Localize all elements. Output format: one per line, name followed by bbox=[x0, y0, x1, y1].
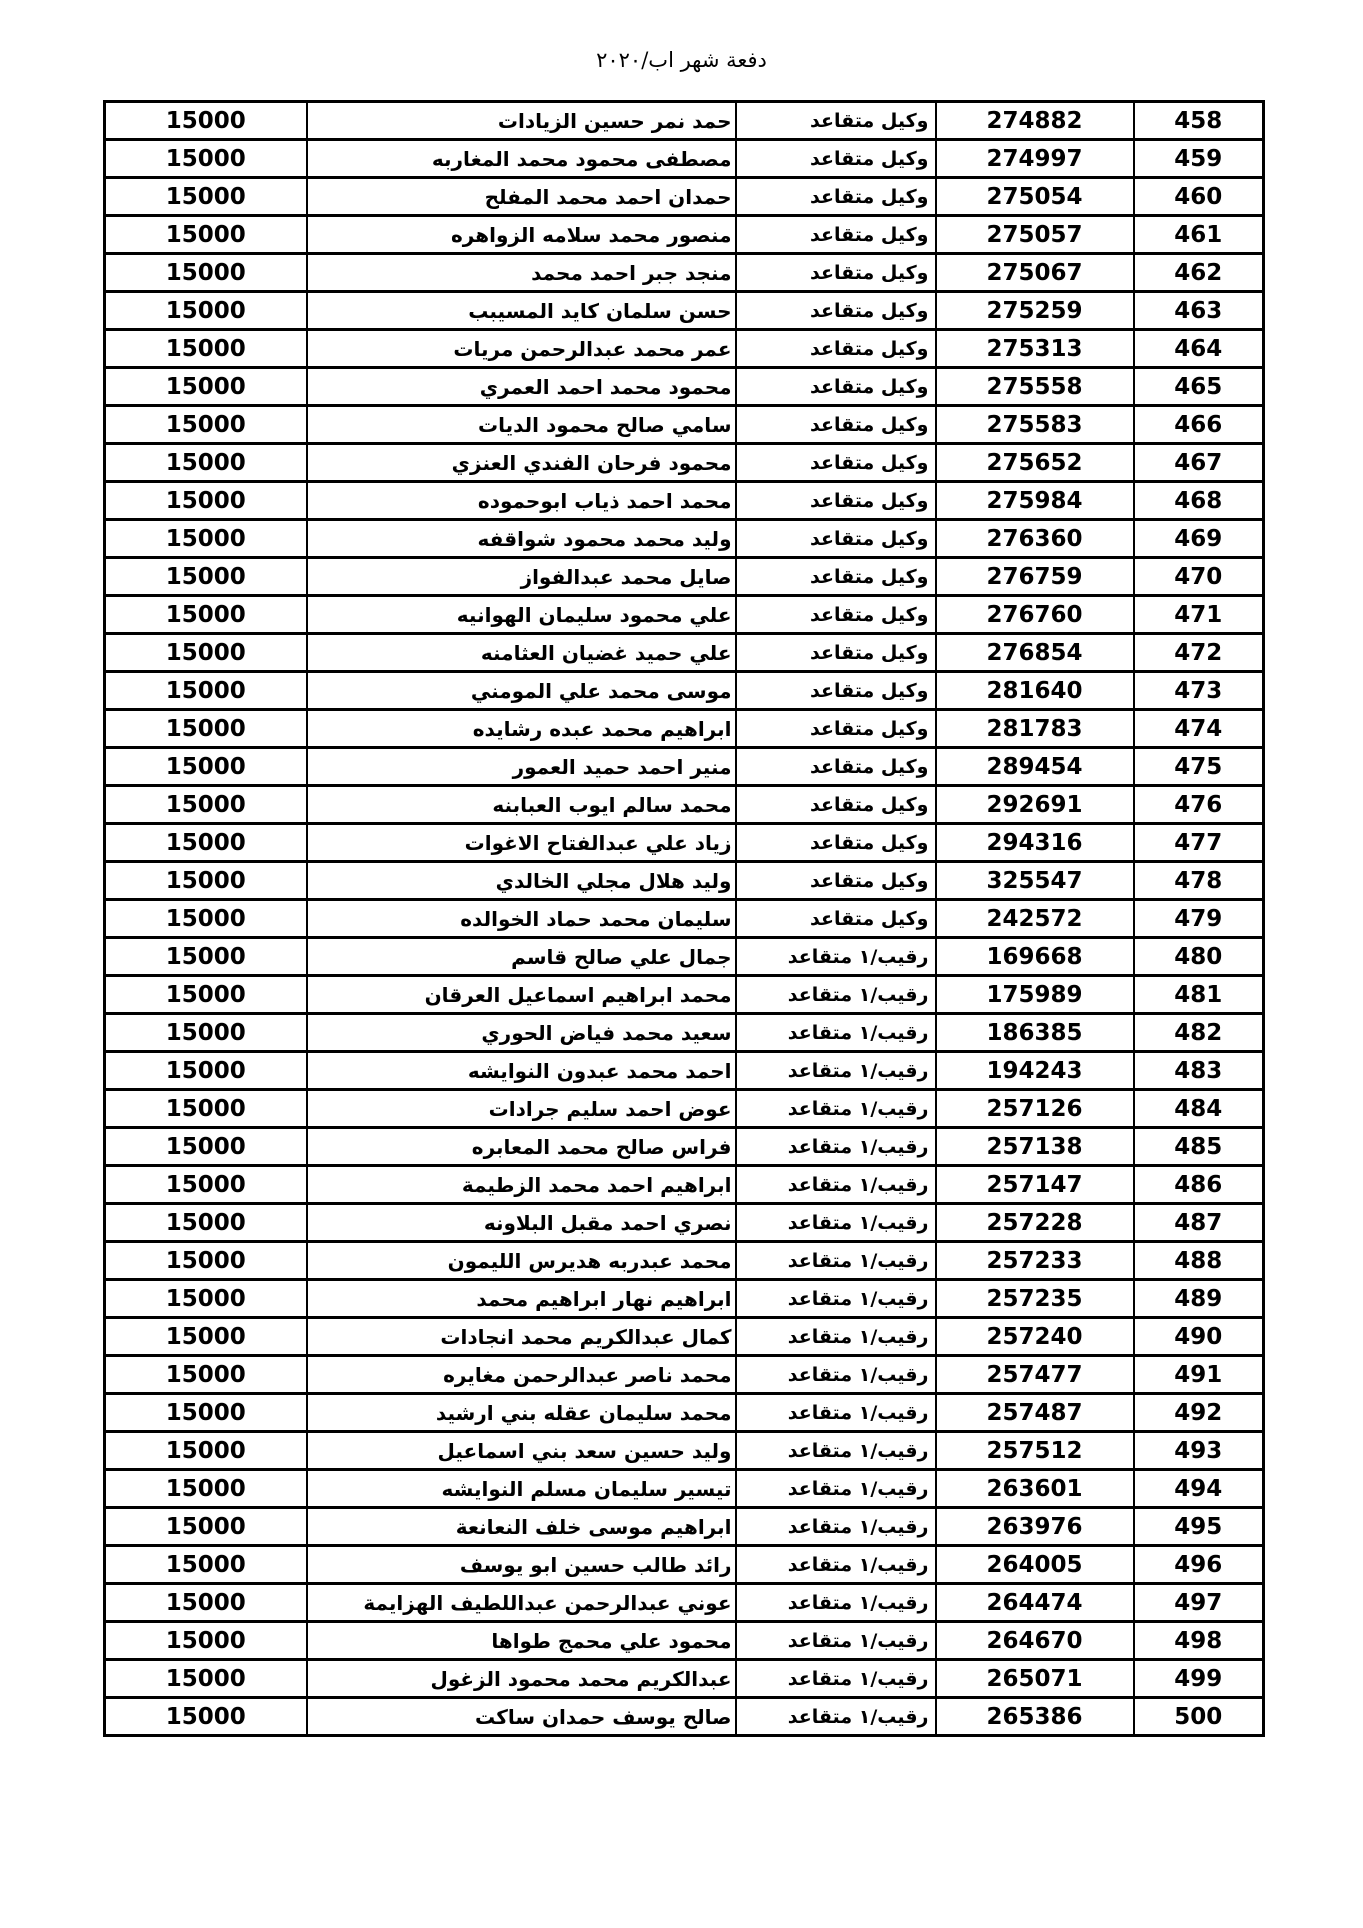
rank-cell: وكيل متقاعد bbox=[736, 672, 936, 710]
rank-cell: رقيب/١ متقاعد bbox=[736, 1318, 936, 1356]
amount-cell: 15000 bbox=[105, 1432, 307, 1470]
table-row: 499 265071 رقيب/١ متقاعد عبدالكريم محمد … bbox=[105, 1660, 1264, 1698]
serial-cell: 489 bbox=[1134, 1280, 1264, 1318]
number-cell: 186385 bbox=[936, 1014, 1134, 1052]
serial-cell: 493 bbox=[1134, 1432, 1264, 1470]
table-row: 494 263601 رقيب/١ متقاعد تيسير سليمان مس… bbox=[105, 1470, 1264, 1508]
amount-cell: 15000 bbox=[105, 558, 307, 596]
rank-cell: وكيل متقاعد bbox=[736, 254, 936, 292]
serial-cell: 462 bbox=[1134, 254, 1264, 292]
number-cell: 275067 bbox=[936, 254, 1134, 292]
amount-cell: 15000 bbox=[105, 862, 307, 900]
number-cell: 275313 bbox=[936, 330, 1134, 368]
serial-cell: 486 bbox=[1134, 1166, 1264, 1204]
name-cell: وليد محمد محمود شواقفه bbox=[307, 520, 736, 558]
serial-cell: 477 bbox=[1134, 824, 1264, 862]
rank-cell: وكيل متقاعد bbox=[736, 292, 936, 330]
rank-cell: رقيب/١ متقاعد bbox=[736, 1698, 936, 1736]
amount-cell: 15000 bbox=[105, 444, 307, 482]
serial-cell: 459 bbox=[1134, 140, 1264, 178]
serial-cell: 482 bbox=[1134, 1014, 1264, 1052]
amount-cell: 15000 bbox=[105, 216, 307, 254]
rank-cell: وكيل متقاعد bbox=[736, 444, 936, 482]
amount-cell: 15000 bbox=[105, 1052, 307, 1090]
number-cell: 275057 bbox=[936, 216, 1134, 254]
amount-cell: 15000 bbox=[105, 1470, 307, 1508]
name-cell: نصري احمد مقبل البلاونه bbox=[307, 1204, 736, 1242]
name-cell: ابراهيم احمد محمد الزطيمة bbox=[307, 1166, 736, 1204]
table-row: 471 276760 وكيل متقاعد علي محمود سليمان … bbox=[105, 596, 1264, 634]
name-cell: سعيد محمد فياض الحوري bbox=[307, 1014, 736, 1052]
amount-cell: 15000 bbox=[105, 406, 307, 444]
name-cell: منجد جبر احمد محمد bbox=[307, 254, 736, 292]
rank-cell: وكيل متقاعد bbox=[736, 178, 936, 216]
rank-cell: رقيب/١ متقاعد bbox=[736, 1166, 936, 1204]
amount-cell: 15000 bbox=[105, 824, 307, 862]
serial-cell: 472 bbox=[1134, 634, 1264, 672]
amount-cell: 15000 bbox=[105, 1508, 307, 1546]
amount-cell: 15000 bbox=[105, 634, 307, 672]
number-cell: 264670 bbox=[936, 1622, 1134, 1660]
rank-cell: رقيب/١ متقاعد bbox=[736, 1394, 936, 1432]
number-cell: 281640 bbox=[936, 672, 1134, 710]
table-row: 469 276360 وكيل متقاعد وليد محمد محمود ش… bbox=[105, 520, 1264, 558]
table-row: 459 274997 وكيل متقاعد مصطفى محمود محمد … bbox=[105, 140, 1264, 178]
amount-cell: 15000 bbox=[105, 672, 307, 710]
amount-cell: 15000 bbox=[105, 1356, 307, 1394]
number-cell: 289454 bbox=[936, 748, 1134, 786]
number-cell: 275259 bbox=[936, 292, 1134, 330]
number-cell: 257233 bbox=[936, 1242, 1134, 1280]
name-cell: محمد سليمان عقله بني ارشيد bbox=[307, 1394, 736, 1432]
rank-cell: وكيل متقاعد bbox=[736, 140, 936, 178]
serial-cell: 471 bbox=[1134, 596, 1264, 634]
table-row: 483 194243 رقيب/١ متقاعد احمد محمد عبدون… bbox=[105, 1052, 1264, 1090]
serial-cell: 467 bbox=[1134, 444, 1264, 482]
amount-cell: 15000 bbox=[105, 1584, 307, 1622]
table-row: 487 257228 رقيب/١ متقاعد نصري احمد مقبل … bbox=[105, 1204, 1264, 1242]
number-cell: 275054 bbox=[936, 178, 1134, 216]
number-cell: 265071 bbox=[936, 1660, 1134, 1698]
rank-cell: وكيل متقاعد bbox=[736, 520, 936, 558]
name-cell: صالح يوسف حمدان ساكت bbox=[307, 1698, 736, 1736]
table-row: 466 275583 وكيل متقاعد سامي صالح محمود ا… bbox=[105, 406, 1264, 444]
serial-cell: 500 bbox=[1134, 1698, 1264, 1736]
rank-cell: رقيب/١ متقاعد bbox=[736, 1508, 936, 1546]
rank-cell: رقيب/١ متقاعد bbox=[736, 1622, 936, 1660]
table-row: 481 175989 رقيب/١ متقاعد محمد ابراهيم اس… bbox=[105, 976, 1264, 1014]
table-body: 458 274882 وكيل متقاعد حمد نمر حسين الزي… bbox=[105, 102, 1264, 1736]
table-row: 460 275054 وكيل متقاعد حمدان احمد محمد ا… bbox=[105, 178, 1264, 216]
amount-cell: 15000 bbox=[105, 254, 307, 292]
number-cell: 264005 bbox=[936, 1546, 1134, 1584]
table-row: 464 275313 وكيل متقاعد عمر محمد عبدالرحم… bbox=[105, 330, 1264, 368]
rank-cell: وكيل متقاعد bbox=[736, 824, 936, 862]
name-cell: محمود علي محمج طواها bbox=[307, 1622, 736, 1660]
name-cell: كمال عبدالكريم محمد انجادات bbox=[307, 1318, 736, 1356]
rank-cell: رقيب/١ متقاعد bbox=[736, 1128, 936, 1166]
serial-cell: 488 bbox=[1134, 1242, 1264, 1280]
rank-cell: رقيب/١ متقاعد bbox=[736, 1280, 936, 1318]
number-cell: 276854 bbox=[936, 634, 1134, 672]
number-cell: 257126 bbox=[936, 1090, 1134, 1128]
serial-cell: 490 bbox=[1134, 1318, 1264, 1356]
rank-cell: رقيب/١ متقاعد bbox=[736, 938, 936, 976]
amount-cell: 15000 bbox=[105, 140, 307, 178]
number-cell: 265386 bbox=[936, 1698, 1134, 1736]
serial-cell: 498 bbox=[1134, 1622, 1264, 1660]
serial-cell: 494 bbox=[1134, 1470, 1264, 1508]
rank-cell: وكيل متقاعد bbox=[736, 634, 936, 672]
table-row: 493 257512 رقيب/١ متقاعد وليد حسين سعد ب… bbox=[105, 1432, 1264, 1470]
serial-cell: 473 bbox=[1134, 672, 1264, 710]
rank-cell: رقيب/١ متقاعد bbox=[736, 1584, 936, 1622]
table-row: 500 265386 رقيب/١ متقاعد صالح يوسف حمدان… bbox=[105, 1698, 1264, 1736]
serial-cell: 465 bbox=[1134, 368, 1264, 406]
amount-cell: 15000 bbox=[105, 786, 307, 824]
name-cell: فراس صالح محمد المعابره bbox=[307, 1128, 736, 1166]
amount-cell: 15000 bbox=[105, 178, 307, 216]
rank-cell: وكيل متقاعد bbox=[736, 710, 936, 748]
table-row: 465 275558 وكيل متقاعد محمود محمد احمد ا… bbox=[105, 368, 1264, 406]
serial-cell: 485 bbox=[1134, 1128, 1264, 1166]
rank-cell: رقيب/١ متقاعد bbox=[736, 1432, 936, 1470]
serial-cell: 466 bbox=[1134, 406, 1264, 444]
table-row: 467 275652 وكيل متقاعد محمود فرحان الفند… bbox=[105, 444, 1264, 482]
table-row: 484 257126 رقيب/١ متقاعد عوض احمد سليم ج… bbox=[105, 1090, 1264, 1128]
table-row: 461 275057 وكيل متقاعد منصور محمد سلامه … bbox=[105, 216, 1264, 254]
serial-cell: 476 bbox=[1134, 786, 1264, 824]
rank-cell: رقيب/١ متقاعد bbox=[736, 1052, 936, 1090]
amount-cell: 15000 bbox=[105, 976, 307, 1014]
amount-cell: 15000 bbox=[105, 1394, 307, 1432]
name-cell: ابراهيم نهار ابراهيم محمد bbox=[307, 1280, 736, 1318]
number-cell: 276759 bbox=[936, 558, 1134, 596]
rank-cell: وكيل متقاعد bbox=[736, 596, 936, 634]
amount-cell: 15000 bbox=[105, 748, 307, 786]
name-cell: وليد هلال مجلي الخالدي bbox=[307, 862, 736, 900]
number-cell: 257477 bbox=[936, 1356, 1134, 1394]
amount-cell: 15000 bbox=[105, 1204, 307, 1242]
table-row: 473 281640 وكيل متقاعد موسى محمد علي الم… bbox=[105, 672, 1264, 710]
serial-cell: 474 bbox=[1134, 710, 1264, 748]
name-cell: علي حميد غضيان العثامنه bbox=[307, 634, 736, 672]
amount-cell: 15000 bbox=[105, 482, 307, 520]
serial-cell: 480 bbox=[1134, 938, 1264, 976]
name-cell: ابراهيم موسى خلف النعانعة bbox=[307, 1508, 736, 1546]
name-cell: رائد طالب حسين ابو يوسف bbox=[307, 1546, 736, 1584]
table-row: 475 289454 وكيل متقاعد منير احمد حميد ال… bbox=[105, 748, 1264, 786]
name-cell: مصطفى محمود محمد المغاربه bbox=[307, 140, 736, 178]
amount-cell: 15000 bbox=[105, 938, 307, 976]
rank-cell: رقيب/١ متقاعد bbox=[736, 1660, 936, 1698]
table-row: 470 276759 وكيل متقاعد صايل محمد عبدالفو… bbox=[105, 558, 1264, 596]
serial-cell: 479 bbox=[1134, 900, 1264, 938]
rank-cell: وكيل متقاعد bbox=[736, 482, 936, 520]
rank-cell: وكيل متقاعد bbox=[736, 558, 936, 596]
pension-table: 458 274882 وكيل متقاعد حمد نمر حسين الزي… bbox=[103, 100, 1265, 1737]
rank-cell: رقيب/١ متقاعد bbox=[736, 1546, 936, 1584]
document-page: دفعة شهر اب/٢٠٢٠ 458 274882 وكيل متقاعد … bbox=[0, 0, 1363, 1928]
number-cell: 263601 bbox=[936, 1470, 1134, 1508]
number-cell: 281783 bbox=[936, 710, 1134, 748]
serial-cell: 463 bbox=[1134, 292, 1264, 330]
rank-cell: وكيل متقاعد bbox=[736, 216, 936, 254]
table-row: 458 274882 وكيل متقاعد حمد نمر حسين الزي… bbox=[105, 102, 1264, 140]
rank-cell: وكيل متقاعد bbox=[736, 330, 936, 368]
table-row: 496 264005 رقيب/١ متقاعد رائد طالب حسين … bbox=[105, 1546, 1264, 1584]
number-cell: 275583 bbox=[936, 406, 1134, 444]
name-cell: منصور محمد سلامه الزواهره bbox=[307, 216, 736, 254]
name-cell: محمد ناصر عبدالرحمن مغايره bbox=[307, 1356, 736, 1394]
number-cell: 175989 bbox=[936, 976, 1134, 1014]
number-cell: 257512 bbox=[936, 1432, 1134, 1470]
serial-cell: 491 bbox=[1134, 1356, 1264, 1394]
table-row: 490 257240 رقيب/١ متقاعد كمال عبدالكريم … bbox=[105, 1318, 1264, 1356]
name-cell: ابراهيم محمد عبده رشايده bbox=[307, 710, 736, 748]
amount-cell: 15000 bbox=[105, 1090, 307, 1128]
number-cell: 275984 bbox=[936, 482, 1134, 520]
name-cell: محمود محمد احمد العمري bbox=[307, 368, 736, 406]
number-cell: 257138 bbox=[936, 1128, 1134, 1166]
name-cell: جمال علي صالح قاسم bbox=[307, 938, 736, 976]
number-cell: 274997 bbox=[936, 140, 1134, 178]
name-cell: صايل محمد عبدالفواز bbox=[307, 558, 736, 596]
table-row: 476 292691 وكيل متقاعد محمد سالم ايوب ال… bbox=[105, 786, 1264, 824]
rank-cell: وكيل متقاعد bbox=[736, 406, 936, 444]
number-cell: 257235 bbox=[936, 1280, 1134, 1318]
serial-cell: 496 bbox=[1134, 1546, 1264, 1584]
rank-cell: رقيب/١ متقاعد bbox=[736, 1090, 936, 1128]
amount-cell: 15000 bbox=[105, 1166, 307, 1204]
number-cell: 276760 bbox=[936, 596, 1134, 634]
number-cell: 169668 bbox=[936, 938, 1134, 976]
number-cell: 292691 bbox=[936, 786, 1134, 824]
name-cell: سليمان محمد حماد الخوالده bbox=[307, 900, 736, 938]
name-cell: زياد علي عبدالفتاح الاغوات bbox=[307, 824, 736, 862]
number-cell: 276360 bbox=[936, 520, 1134, 558]
serial-cell: 481 bbox=[1134, 976, 1264, 1014]
name-cell: عوض احمد سليم جرادات bbox=[307, 1090, 736, 1128]
table-row: 479 242572 وكيل متقاعد سليمان محمد حماد … bbox=[105, 900, 1264, 938]
name-cell: محمد سالم ايوب العبابنه bbox=[307, 786, 736, 824]
serial-cell: 469 bbox=[1134, 520, 1264, 558]
amount-cell: 15000 bbox=[105, 1128, 307, 1166]
table-row: 492 257487 رقيب/١ متقاعد محمد سليمان عقل… bbox=[105, 1394, 1264, 1432]
name-cell: وليد حسين سعد بني اسماعيل bbox=[307, 1432, 736, 1470]
table-row: 488 257233 رقيب/١ متقاعد محمد عبدربه هدي… bbox=[105, 1242, 1264, 1280]
table-row: 478 325547 وكيل متقاعد وليد هلال مجلي ال… bbox=[105, 862, 1264, 900]
serial-cell: 487 bbox=[1134, 1204, 1264, 1242]
serial-cell: 492 bbox=[1134, 1394, 1264, 1432]
name-cell: حسن سلمان كايد المسيبب bbox=[307, 292, 736, 330]
name-cell: محمود فرحان الفندي العنزي bbox=[307, 444, 736, 482]
amount-cell: 15000 bbox=[105, 596, 307, 634]
serial-cell: 499 bbox=[1134, 1660, 1264, 1698]
amount-cell: 15000 bbox=[105, 1660, 307, 1698]
amount-cell: 15000 bbox=[105, 710, 307, 748]
serial-cell: 497 bbox=[1134, 1584, 1264, 1622]
name-cell: منير احمد حميد العمور bbox=[307, 748, 736, 786]
name-cell: حمد نمر حسين الزيادات bbox=[307, 102, 736, 140]
number-cell: 275652 bbox=[936, 444, 1134, 482]
name-cell: عوني عبدالرحمن عبداللطيف الهزايمة bbox=[307, 1584, 736, 1622]
number-cell: 263976 bbox=[936, 1508, 1134, 1546]
table-row: 498 264670 رقيب/١ متقاعد محمود علي محمج … bbox=[105, 1622, 1264, 1660]
name-cell: محمد عبدربه هديرس الليمون bbox=[307, 1242, 736, 1280]
name-cell: محمد ابراهيم اسماعيل العرقان bbox=[307, 976, 736, 1014]
table-row: 489 257235 رقيب/١ متقاعد ابراهيم نهار اب… bbox=[105, 1280, 1264, 1318]
serial-cell: 483 bbox=[1134, 1052, 1264, 1090]
table-row: 482 186385 رقيب/١ متقاعد سعيد محمد فياض … bbox=[105, 1014, 1264, 1052]
name-cell: حمدان احمد محمد المفلح bbox=[307, 178, 736, 216]
name-cell: احمد محمد عبدون النوايشه bbox=[307, 1052, 736, 1090]
table-row: 472 276854 وكيل متقاعد علي حميد غضيان ال… bbox=[105, 634, 1264, 672]
name-cell: موسى محمد علي المومني bbox=[307, 672, 736, 710]
amount-cell: 15000 bbox=[105, 1698, 307, 1736]
number-cell: 194243 bbox=[936, 1052, 1134, 1090]
number-cell: 274882 bbox=[936, 102, 1134, 140]
table-row: 497 264474 رقيب/١ متقاعد عوني عبدالرحمن … bbox=[105, 1584, 1264, 1622]
serial-cell: 478 bbox=[1134, 862, 1264, 900]
amount-cell: 15000 bbox=[105, 1014, 307, 1052]
name-cell: عبدالكريم محمد محمود الزغول bbox=[307, 1660, 736, 1698]
rank-cell: وكيل متقاعد bbox=[736, 748, 936, 786]
name-cell: تيسير سليمان مسلم النوايشه bbox=[307, 1470, 736, 1508]
serial-cell: 468 bbox=[1134, 482, 1264, 520]
name-cell: عمر محمد عبدالرحمن مريات bbox=[307, 330, 736, 368]
rank-cell: رقيب/١ متقاعد bbox=[736, 1242, 936, 1280]
amount-cell: 15000 bbox=[105, 1622, 307, 1660]
serial-cell: 458 bbox=[1134, 102, 1264, 140]
page-title: دفعة شهر اب/٢٠٢٠ bbox=[0, 48, 1363, 72]
amount-cell: 15000 bbox=[105, 368, 307, 406]
table-row: 480 169668 رقيب/١ متقاعد جمال علي صالح ق… bbox=[105, 938, 1264, 976]
rank-cell: وكيل متقاعد bbox=[736, 862, 936, 900]
serial-cell: 461 bbox=[1134, 216, 1264, 254]
amount-cell: 15000 bbox=[105, 1280, 307, 1318]
amount-cell: 15000 bbox=[105, 1242, 307, 1280]
amount-cell: 15000 bbox=[105, 520, 307, 558]
number-cell: 242572 bbox=[936, 900, 1134, 938]
number-cell: 257487 bbox=[936, 1394, 1134, 1432]
name-cell: علي محمود سليمان الهوانيه bbox=[307, 596, 736, 634]
table-row: 485 257138 رقيب/١ متقاعد فراس صالح محمد … bbox=[105, 1128, 1264, 1166]
number-cell: 257240 bbox=[936, 1318, 1134, 1356]
rank-cell: رقيب/١ متقاعد bbox=[736, 1204, 936, 1242]
table-row: 495 263976 رقيب/١ متقاعد ابراهيم موسى خل… bbox=[105, 1508, 1264, 1546]
table-row: 474 281783 وكيل متقاعد ابراهيم محمد عبده… bbox=[105, 710, 1264, 748]
serial-cell: 470 bbox=[1134, 558, 1264, 596]
serial-cell: 460 bbox=[1134, 178, 1264, 216]
serial-cell: 484 bbox=[1134, 1090, 1264, 1128]
table-row: 468 275984 وكيل متقاعد محمد احمد ذياب اب… bbox=[105, 482, 1264, 520]
table-row: 486 257147 رقيب/١ متقاعد ابراهيم احمد مح… bbox=[105, 1166, 1264, 1204]
number-cell: 325547 bbox=[936, 862, 1134, 900]
serial-cell: 495 bbox=[1134, 1508, 1264, 1546]
amount-cell: 15000 bbox=[105, 1546, 307, 1584]
amount-cell: 15000 bbox=[105, 292, 307, 330]
rank-cell: وكيل متقاعد bbox=[736, 900, 936, 938]
serial-cell: 464 bbox=[1134, 330, 1264, 368]
rank-cell: وكيل متقاعد bbox=[736, 786, 936, 824]
rank-cell: رقيب/١ متقاعد bbox=[736, 976, 936, 1014]
table-row: 477 294316 وكيل متقاعد زياد علي عبدالفتا… bbox=[105, 824, 1264, 862]
amount-cell: 15000 bbox=[105, 900, 307, 938]
amount-cell: 15000 bbox=[105, 102, 307, 140]
rank-cell: وكيل متقاعد bbox=[736, 368, 936, 406]
table-row: 463 275259 وكيل متقاعد حسن سلمان كايد ال… bbox=[105, 292, 1264, 330]
number-cell: 257228 bbox=[936, 1204, 1134, 1242]
serial-cell: 475 bbox=[1134, 748, 1264, 786]
number-cell: 275558 bbox=[936, 368, 1134, 406]
number-cell: 264474 bbox=[936, 1584, 1134, 1622]
rank-cell: وكيل متقاعد bbox=[736, 102, 936, 140]
table-row: 462 275067 وكيل متقاعد منجد جبر احمد محم… bbox=[105, 254, 1264, 292]
amount-cell: 15000 bbox=[105, 330, 307, 368]
rank-cell: رقيب/١ متقاعد bbox=[736, 1014, 936, 1052]
name-cell: سامي صالح محمود الديات bbox=[307, 406, 736, 444]
table-row: 491 257477 رقيب/١ متقاعد محمد ناصر عبدال… bbox=[105, 1356, 1264, 1394]
amount-cell: 15000 bbox=[105, 1318, 307, 1356]
rank-cell: رقيب/١ متقاعد bbox=[736, 1470, 936, 1508]
number-cell: 294316 bbox=[936, 824, 1134, 862]
name-cell: محمد احمد ذياب ابوحموده bbox=[307, 482, 736, 520]
rank-cell: رقيب/١ متقاعد bbox=[736, 1356, 936, 1394]
number-cell: 257147 bbox=[936, 1166, 1134, 1204]
